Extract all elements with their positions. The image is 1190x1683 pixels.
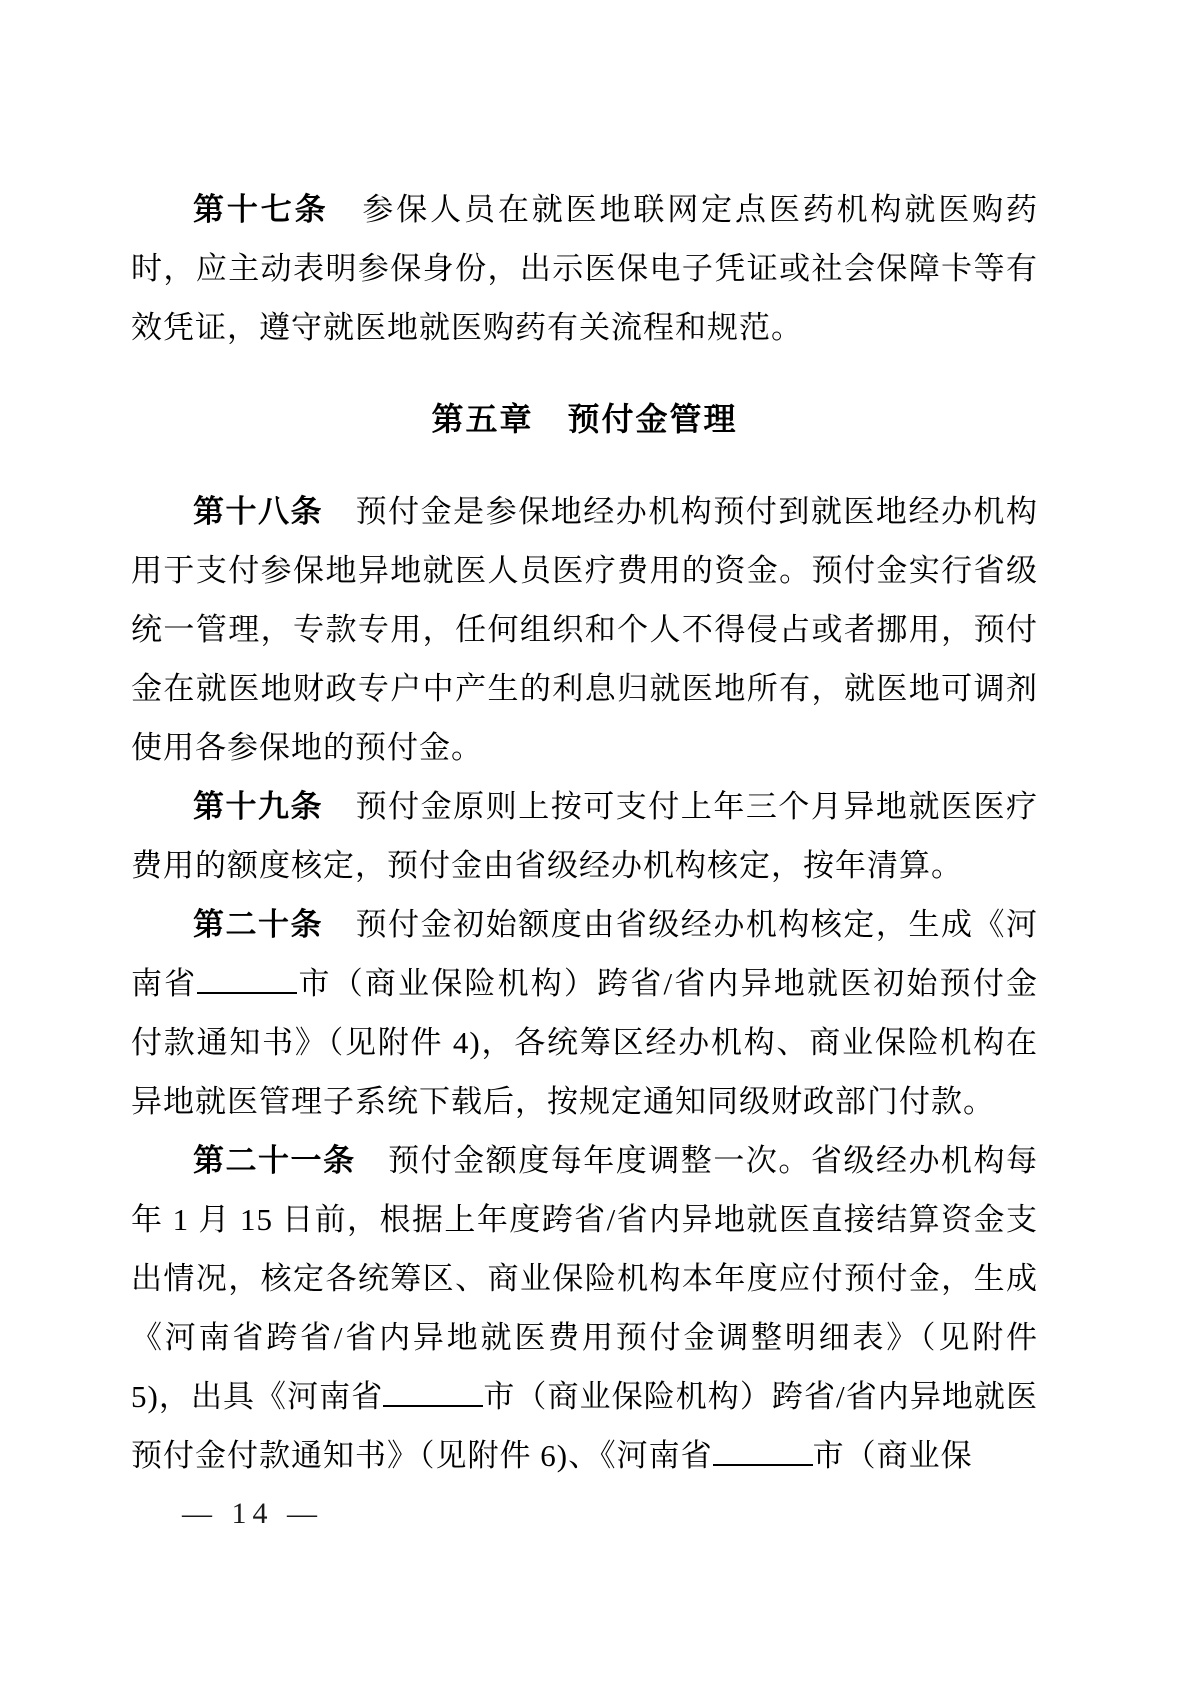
- article-18: 第十八条 预付金是参保地经办机构预付到就医地经办机构用于支付参保地异地就医人员医…: [131, 482, 1038, 777]
- body-text: 预付金额度每年度调整一次。省级经办机构每年 1 月 15 日前，根据上年度跨省/…: [131, 1143, 1038, 1414]
- article-21: 第二十一条 预付金额度每年度调整一次。省级经办机构每年 1 月 15 日前，根据…: [131, 1131, 1038, 1485]
- article-number: 第十七条: [193, 192, 329, 227]
- article-20: 第二十条 预付金初始额度由省级经办机构核定，生成《河南省市（商业保险机构）跨省/…: [131, 895, 1038, 1131]
- article-number: 第五章 预付金管理: [431, 401, 737, 437]
- article-number: 第二十一条: [193, 1143, 356, 1178]
- fill-in-blank-underline: [383, 1405, 483, 1407]
- article-number: 第十八条: [193, 494, 323, 529]
- fill-in-blank-underline: [197, 992, 297, 994]
- article-number: 第十九条: [193, 789, 323, 824]
- article-19: 第十九条 预付金原则上按可支付上年三个月异地就医医疗费用的额度核定，预付金由省级…: [131, 777, 1038, 895]
- article-17: 第十七条 参保人员在就医地联网定点医药机构就医购药时，应主动表明参保身份，出示医…: [131, 180, 1038, 357]
- document-body: 第十七条 参保人员在就医地联网定点医药机构就医购药时，应主动表明参保身份，出示医…: [131, 180, 1038, 1485]
- body-text: 市（商业保: [813, 1438, 973, 1473]
- chapter-5-heading: 第五章 预付金管理: [131, 390, 1038, 449]
- body-text: 预付金是参保地经办机构预付到就医地经办机构用于支付参保地异地就医人员医疗费用的资…: [131, 494, 1038, 765]
- article-number: 第二十条: [193, 907, 323, 942]
- fill-in-blank-underline: [713, 1464, 813, 1466]
- document-page: 第十七条 参保人员在就医地联网定点医药机构就医购药时，应主动表明参保身份，出示医…: [0, 0, 1190, 1683]
- body-text: 市（商业保险机构）跨省/省内异地就医初始预付金付款通知书》（见附件 4)，各统筹…: [131, 966, 1038, 1119]
- page-number-footer: — 14 —: [182, 1493, 1038, 1535]
